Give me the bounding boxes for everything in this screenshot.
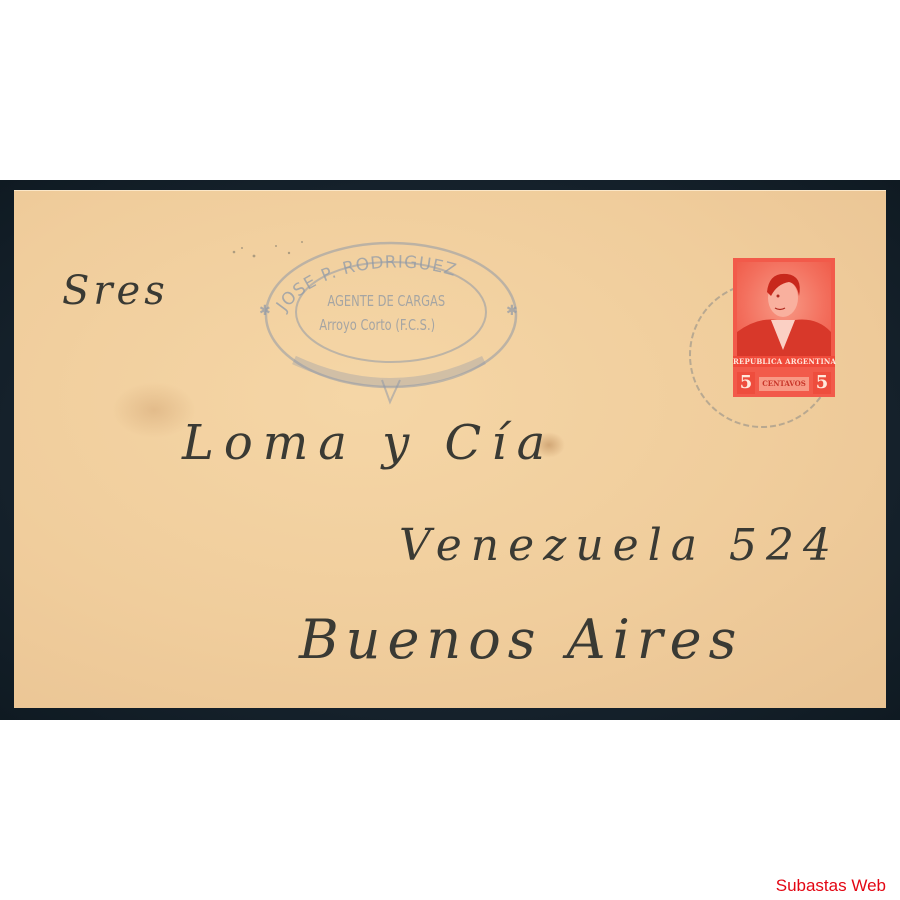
watermark: Subastas Web: [776, 876, 886, 896]
portrait-icon: [737, 262, 831, 356]
stamp-value-right: 5: [813, 372, 831, 394]
salutation-text: Sres: [62, 268, 169, 314]
sender-cachet: JOSE P. RODRIGUEZ AGENTE DE CARGAS Arroy…: [257, 250, 527, 400]
addressee-text: Loma y Cía: [182, 415, 555, 471]
postage-stamp: REPUBLICA ARGENTINA 5 CENTAVOS 5: [733, 258, 835, 397]
stamp-value-left: 5: [737, 372, 755, 394]
envelope: ✱ ✱ JOSE P. RODRIGUEZ AGENTE DE CARGAS A…: [14, 190, 886, 708]
stamp-denomination: CENTAVOS: [759, 377, 809, 391]
cachet-line-1: AGENTE DE CARGAS: [327, 292, 445, 310]
city-text: Buenos Aires: [299, 608, 743, 671]
street-text: Venezuela 524: [399, 520, 840, 571]
stamp-country: REPUBLICA ARGENTINA: [733, 356, 835, 367]
cachet-line-2: Arroyo Corto (F.C.S.): [319, 316, 435, 334]
